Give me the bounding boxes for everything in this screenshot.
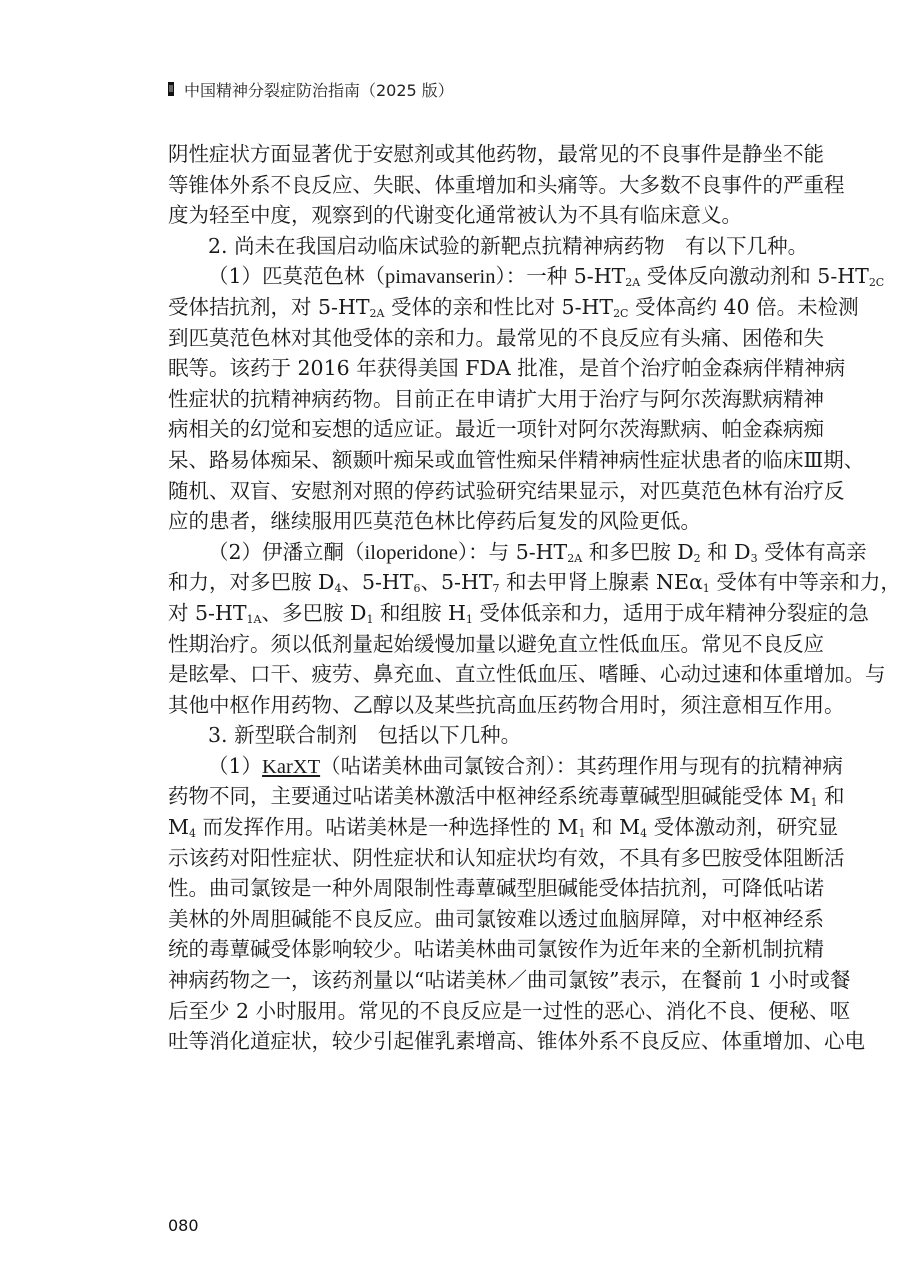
text-line: 应的患者，继续服用匹莫范色林比停药后复发的风险更低。 (168, 506, 796, 537)
text-line: 神病药物之一，该药剂量以“呫诺美林／曲司氯铵”表示，在餐前 1 小时或餐 (168, 965, 796, 996)
section-heading-2: 2. 尚未在我国启动临床试验的新靶点抗精神病药物 有以下几种。 (168, 231, 796, 262)
text-line: 示该药对阳性症状、阴性症状和认知症状均有效，不具有多巴胺受体阻断活 (168, 843, 796, 874)
text-line: 和力，对多巴胺 D4、5-HT6、5-HT7 和去甲肾上腺素 NEα1 受体有中… (168, 567, 796, 598)
header-title: 中国精神分裂症防治指南（2025 版） (184, 78, 454, 101)
section-heading-3: 3. 新型联合制剂 包括以下几种。 (168, 720, 796, 751)
text-line-pimavanserin: （1）匹莫范色林（pimavanserin）：一种 5-HT2A 受体反向激动剂… (168, 261, 796, 292)
text-line: 性。曲司氯铵是一种外周限制性毒蕈碱型胆碱能受体拮抗剂，可降低呫诺 (168, 873, 796, 904)
body-text: 阴性症状方面显著优于安慰剂或其他药物，最常见的不良事件是静坐不能 等锥体外系不良… (168, 139, 796, 1057)
text-line-karxt: （1）KarXT（呫诺美林曲司氯铵合剂）：其药理作用与现有的抗精神病 (168, 751, 796, 782)
text-line: M4 而发挥作用。呫诺美林是一种选择性的 M1 和 M4 受体激动剂，研究显 (168, 812, 796, 843)
text-line: 药物不同，主要通过呫诺美林激活中枢神经系统毒蕈碱型胆碱能受体 M1 和 (168, 781, 796, 812)
text-line-iloperidone: （2）伊潘立酮（iloperidone）：与 5-HT2A 和多巴胺 D2 和 … (168, 537, 796, 568)
text-line: 到匹莫范色林对其他受体的亲和力。最常见的不良反应有头痛、困倦和失 (168, 323, 796, 354)
book-mark-icon (168, 82, 174, 96)
text-line: 眠等。该药于 2016 年获得美国 FDA 批准，是首个治疗帕金森病伴精神病 (168, 353, 796, 384)
text-line: 受体拮抗剂，对 5-HT2A 受体的亲和性比对 5-HT2C 受体高约 40 倍… (168, 292, 796, 323)
text-line: 是眩晕、口干、疲劳、鼻充血、直立性低血压、嗜睡、心动过速和体重增加。与 (168, 659, 796, 690)
text-line: 后至少 2 小时服用。常见的不良反应是一过性的恶心、消化不良、便秘、呕 (168, 996, 796, 1027)
text-line: 性期治疗。须以低剂量起始缓慢加量以避免直立性低血压。常见不良反应 (168, 629, 796, 660)
text-line: 统的毒蕈碱受体影响较少。呫诺美林曲司氯铵作为近年来的全新机制抗精 (168, 934, 796, 965)
text-line: 对 5-HT1A、多巴胺 D1 和组胺 H1 受体低亲和力，适用于成年精神分裂症… (168, 598, 796, 629)
text-line: 其他中枢作用药物、乙醇以及某些抗高血压药物合用时，须注意相互作用。 (168, 690, 796, 721)
running-header: 中国精神分裂症防治指南（2025 版） (168, 78, 454, 100)
text-line: 吐等消化道症状，较少引起催乳素增高、锥体外系不良反应、体重增加、心电 (168, 1026, 796, 1057)
text-line: 随机、双盲、安慰剂对照的停药试验研究结果显示，对匹莫范色林有治疗反 (168, 476, 796, 507)
text-line: 性症状的抗精神病药物。目前正在申请扩大用于治疗与阿尔茨海默病精神 (168, 384, 796, 415)
text-line: 病相关的幻觉和妄想的适应证。最近一项针对阿尔茨海默病、帕金森病痴 (168, 414, 796, 445)
text-line: 美林的外周胆碱能不良反应。曲司氯铵难以透过血脑屏障，对中枢神经系 (168, 904, 796, 935)
text-line: 阴性症状方面显著优于安慰剂或其他药物，最常见的不良事件是静坐不能 (168, 139, 796, 170)
text-line: 呆、路易体痴呆、额颞叶痴呆或血管性痴呆伴精神病性症状患者的临床Ⅲ期、 (168, 445, 796, 476)
text-line: 等锥体外系不良反应、失眠、体重增加和头痛等。大多数不良事件的严重程 (168, 170, 796, 201)
page-number: 080 (168, 1216, 199, 1235)
text-line: 度为轻至中度，观察到的代谢变化通常被认为不具有临床意义。 (168, 200, 796, 231)
